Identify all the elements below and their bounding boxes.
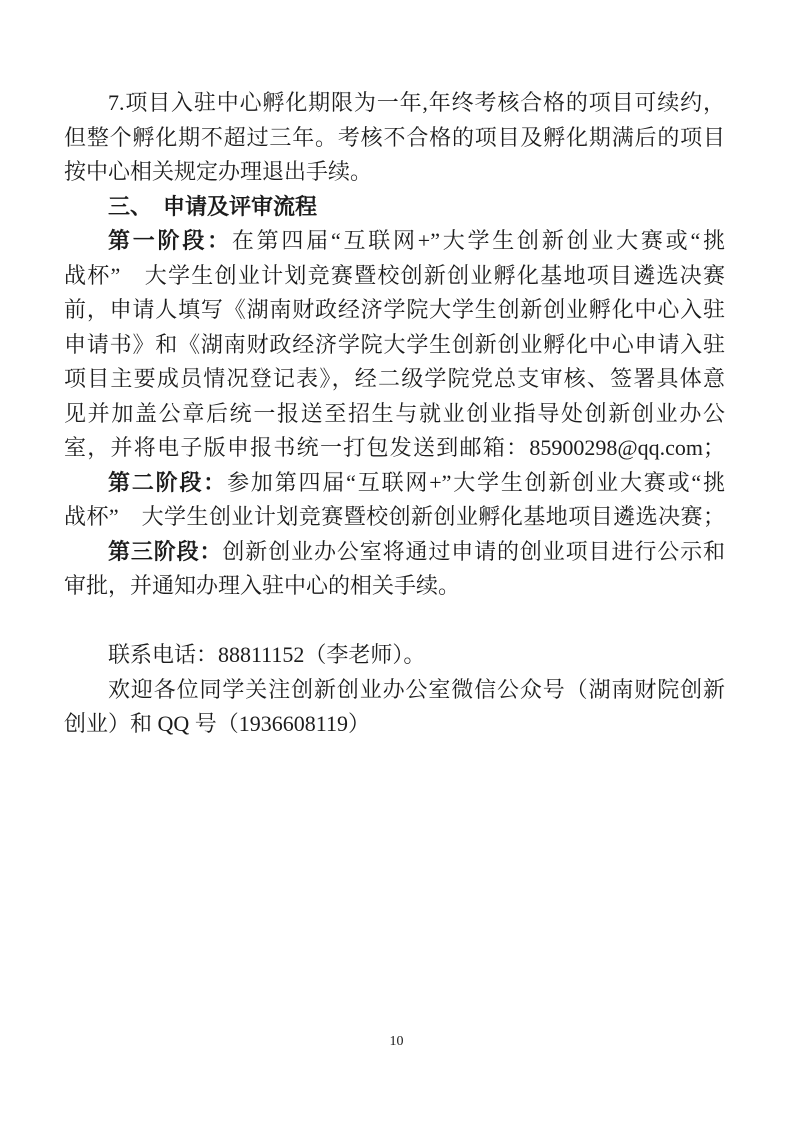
text-line: 创业）和 QQ 号（1936608119） (64, 707, 725, 742)
text-line: 按中心相关规定办理退出手续。 (64, 155, 725, 190)
contact-phone-paragraph: 联系电话：88811152（李老师）。 (64, 638, 725, 673)
text-line: 7.项目入驻中心孵化期限为一年,年终考核合格的项目可续约， (64, 86, 725, 121)
text-line: 三、 申请及评审流程 (64, 190, 725, 225)
text-run: 按中心相关规定办理退出手续。 (64, 159, 372, 184)
text-line: 前，申请人填写《湖南财政经济学院大学生创新创业孵化中心入驻 (64, 293, 725, 328)
bold-text-run: 第三阶段： (108, 539, 222, 564)
text-line: 第一阶段：在第四届“互联网+”大学生创新创业大赛或“挑 (64, 224, 725, 259)
bold-text-run: 第二阶段： (108, 470, 227, 495)
text-line: 但整个孵化期不超过三年。考核不合格的项目及孵化期满后的项目 (64, 121, 725, 156)
text-line: 第二阶段：参加第四届“互联网+”大学生创新创业大赛或“挑 (64, 466, 725, 501)
text-run: 前，申请人填写《湖南财政经济学院大学生创新创业孵化中心入驻 (64, 297, 725, 322)
text-line: 审批，并通知办理入驻中心的相关手续。 (64, 569, 725, 604)
text-run: 创新创业办公室将通过申请的创业项目进行公示和 (222, 539, 725, 564)
text-line: 项目主要成员情况登记表》，经二级学院党总支审核、签署具体意 (64, 362, 725, 397)
text-line: 战杯” 大学生创业计划竞赛暨校创新创业孵化基地项目遴选决赛 (64, 259, 725, 294)
text-run: 7.项目入驻中心孵化期限为一年,年终考核合格的项目可续约， (108, 90, 725, 115)
section-heading: 三、 申请及评审流程 (64, 190, 725, 225)
text-run: 项目主要成员情况登记表》，经二级学院党总支审核、签署具体意 (64, 366, 725, 391)
text-line: 欢迎各位同学关注创新创业办公室微信公众号（湖南财院创新 (64, 673, 725, 708)
text-run: 见并加盖公章后统一报送至招生与就业创业指导处创新创业办公 (64, 401, 725, 426)
page-number: 10 (0, 1034, 793, 1050)
text-run: 在第四届“互联网+”大学生创新创业大赛或“挑 (232, 228, 725, 253)
stage-2-paragraph: 第二阶段：参加第四届“互联网+”大学生创新创业大赛或“挑战杯” 大学生创业计划竞… (64, 466, 725, 535)
text-line: 见并加盖公章后统一报送至招生与就业创业指导处创新创业办公 (64, 397, 725, 432)
contact-social-paragraph: 欢迎各位同学关注创新创业办公室微信公众号（湖南财院创新创业）和 QQ 号（193… (64, 673, 725, 742)
text-run: 申请书》和《湖南财政经济学院大学生创新创业孵化中心申请入驻 (64, 332, 725, 357)
text-line: 第三阶段：创新创业办公室将通过申请的创业项目进行公示和 (64, 535, 725, 570)
document-body: 7.项目入驻中心孵化期限为一年,年终考核合格的项目可续约，但整个孵化期不超过三年… (64, 86, 725, 742)
text-run: 战杯” 大学生创业计划竞赛暨校创新创业孵化基地项目遴选决赛； (64, 504, 725, 529)
bold-text-run: 三、 申请及评审流程 (108, 194, 317, 219)
text-run: 战杯” 大学生创业计划竞赛暨校创新创业孵化基地项目遴选决赛 (64, 263, 725, 288)
text-line: 联系电话：88811152（李老师）。 (64, 638, 725, 673)
stage-3-paragraph: 第三阶段：创新创业办公室将通过申请的创业项目进行公示和审批，并通知办理入驻中心的… (64, 535, 725, 604)
text-run: 欢迎各位同学关注创新创业办公室微信公众号（湖南财院创新 (108, 677, 725, 702)
stage-1-paragraph: 第一阶段：在第四届“互联网+”大学生创新创业大赛或“挑战杯” 大学生创业计划竞赛… (64, 224, 725, 466)
text-run: 参加第四届“互联网+”大学生创新创业大赛或“挑 (227, 470, 725, 495)
text-run: 联系电话：88811152（李老师）。 (108, 642, 425, 667)
text-run: 但整个孵化期不超过三年。考核不合格的项目及孵化期满后的项目 (64, 125, 725, 150)
bold-text-run: 第一阶段： (108, 228, 232, 253)
text-line: 室，并将电子版申报书统一打包发送到邮箱：85900298@qq.com； (64, 431, 725, 466)
text-run: 审批，并通知办理入驻中心的相关手续。 (64, 573, 460, 598)
text-run: 室，并将电子版申报书统一打包发送到邮箱：85900298@qq.com； (64, 435, 725, 460)
clause-7-paragraph: 7.项目入驻中心孵化期限为一年,年终考核合格的项目可续约，但整个孵化期不超过三年… (64, 86, 725, 190)
text-line: 申请书》和《湖南财政经济学院大学生创新创业孵化中心申请入驻 (64, 328, 725, 363)
text-line: 战杯” 大学生创业计划竞赛暨校创新创业孵化基地项目遴选决赛； (64, 500, 725, 535)
text-run: 创业）和 QQ 号（1936608119） (64, 711, 370, 736)
